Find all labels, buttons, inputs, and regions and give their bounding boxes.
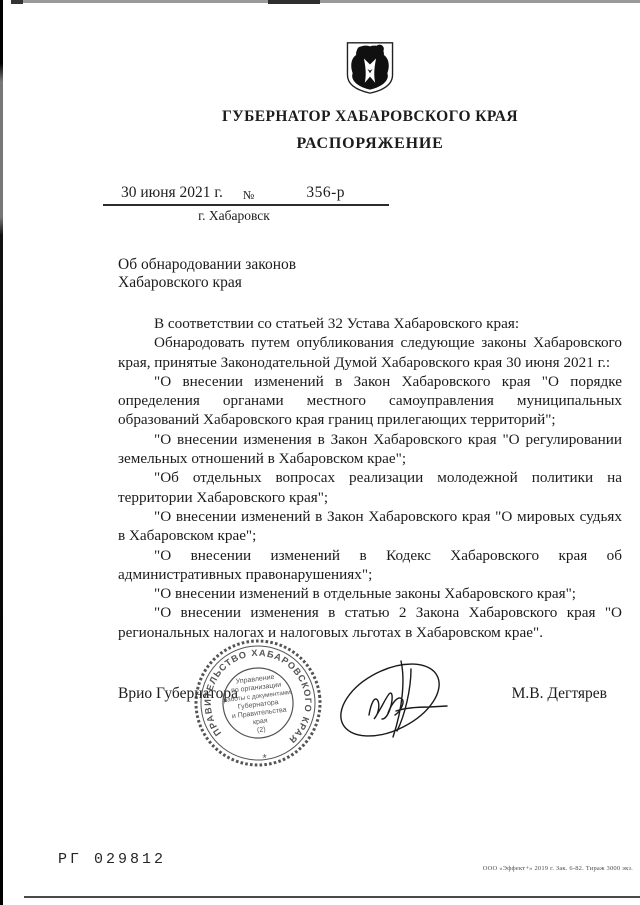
- svg-text:(2): (2): [257, 726, 266, 734]
- seal-star: *: [262, 752, 268, 765]
- document-city: г. Хабаровск: [103, 208, 365, 224]
- scan-edge-bottom: [24, 896, 640, 898]
- document-page: ГУБЕРНАТОР ХАБАРОВСКОГО КРАЯ РАСПОРЯЖЕНИ…: [0, 0, 640, 905]
- issuing-authority-title: ГУБЕРНАТОР ХАБАРОВСКОГО КРАЯ: [118, 108, 622, 126]
- document-date: 30 июня 2021 г.: [121, 184, 223, 202]
- official-round-seal: ПРАВИТЕЛЬСТВО ХАБАРОВСКОГО КРАЯ * Управл…: [184, 629, 331, 776]
- document-body: В соответствии со статьей 32 Устава Хаба…: [118, 314, 622, 642]
- document-type-title: РАСПОРЯЖЕНИЕ: [118, 135, 622, 153]
- handwritten-signature: [333, 645, 459, 753]
- subject-line: Об обнародовании законов: [118, 256, 296, 274]
- body-paragraph: "О внесении изменения в статью 2 Закона …: [118, 603, 622, 642]
- scan-edge-left: [0, 0, 3, 905]
- scan-edge-mark: [11, 0, 23, 4]
- coat-of-arms-icon: [344, 40, 396, 96]
- body-paragraph: "Об отдельных вопросах реализации молоде…: [118, 468, 622, 507]
- scan-edge-mark: [268, 0, 320, 4]
- number-sign: №: [243, 188, 254, 203]
- body-paragraph: Обнародовать путем опубликования следующ…: [118, 333, 622, 372]
- document-subject: Об обнародовании законов Хабаровского кр…: [118, 256, 296, 291]
- body-paragraph: В соответствии со статьей 32 Устава Хаба…: [118, 314, 622, 333]
- seal-inner-text: Управление по организации работы с докум…: [221, 672, 296, 738]
- svg-text:края: края: [253, 717, 269, 726]
- scan-edge-top: [11, 0, 640, 3]
- body-paragraph: "О внесении изменений в Закон Хабаровско…: [118, 507, 622, 546]
- document-number: 356-р: [306, 184, 345, 202]
- body-paragraph: "О внесении изменений в Кодекс Хабаровск…: [118, 546, 622, 585]
- subject-line: Хабаровского края: [118, 274, 296, 292]
- body-paragraph: "О внесении изменений в Закон Хабаровско…: [118, 372, 622, 430]
- date-number-row: 30 июня 2021 г. № 356-р: [103, 184, 389, 206]
- printing-house-imprint: ООО «Эффект+» 2019 г. Зак. 6-82. Тираж 3…: [0, 865, 633, 872]
- document-header: ГУБЕРНАТОР ХАБАРОВСКОГО КРАЯ РАСПОРЯЖЕНИ…: [118, 40, 622, 153]
- document-meta: 30 июня 2021 г. № 356-р г. Хабаровск: [103, 184, 389, 224]
- body-paragraph: "О внесении изменений в отдельные законы…: [118, 584, 622, 603]
- body-paragraph: "О внесении изменения в Закон Хабаровско…: [118, 430, 622, 469]
